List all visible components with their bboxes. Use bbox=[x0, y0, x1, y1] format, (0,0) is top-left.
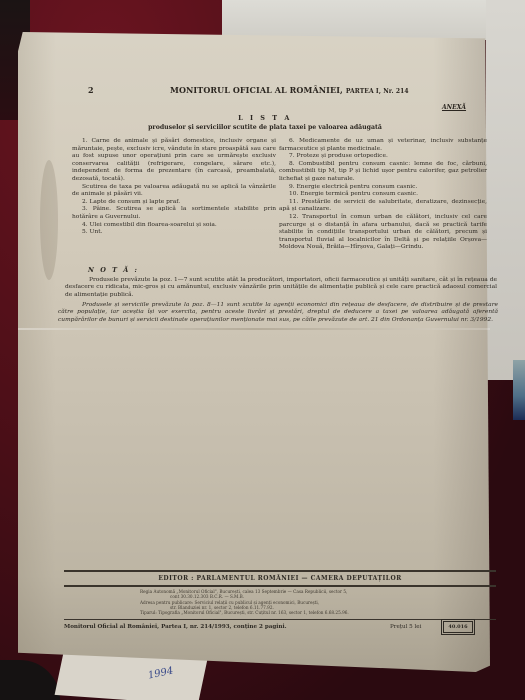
list-item: 10. Energie termică pentru consum casnic… bbox=[279, 191, 487, 199]
annex-label: ANEXĂ bbox=[442, 104, 466, 111]
background-photo-edge bbox=[513, 360, 525, 420]
issue-code-box: 40.016 bbox=[443, 621, 473, 633]
list-item: 4. Ulei comestibil din floarea-soarelui … bbox=[72, 222, 276, 230]
list-item: 5. Unt. bbox=[72, 229, 276, 237]
price: Prețul 5 lei bbox=[390, 624, 421, 630]
nota-heading: N O T Ă : bbox=[88, 266, 139, 274]
nota-paragraph-2-text: Produsele și serviciile prevăzute la poz… bbox=[58, 302, 498, 324]
imprint-line: Tiparul: Tipografia „Monitorul Oficial",… bbox=[140, 610, 370, 615]
footer-editor: EDITOR : PARLAMENTUL ROMÂNIEI — CAMERA D… bbox=[64, 575, 496, 582]
left-column: 1. Carne de animale și păsări domestice,… bbox=[72, 138, 276, 237]
list-item: 11. Prestările de servicii de salubritat… bbox=[279, 199, 487, 214]
list-item: 8. Combustibil pentru consum casnic: lem… bbox=[279, 161, 487, 184]
nota-paragraph-2: Produsele și serviciile prevăzute la poz… bbox=[58, 302, 498, 324]
list-item: 7. Proteze și produse ortopedice. bbox=[279, 153, 487, 161]
list-title: L I S T A bbox=[60, 114, 470, 122]
page-number: 2 bbox=[88, 85, 94, 95]
masthead: MONITORUL OFICIAL AL ROMÂNIEI, PARTEA I,… bbox=[170, 85, 450, 95]
masthead-title: MONITORUL OFICIAL AL ROMÂNIEI, bbox=[170, 85, 343, 95]
right-column: 6. Medicamente de uz uman și veterinar, … bbox=[279, 138, 487, 252]
list-item: 12. Transportul în comun urban de călăto… bbox=[279, 214, 487, 252]
nota-paragraph-1-text: Produsele prevăzute la poz. 1—7 sunt scu… bbox=[65, 277, 497, 299]
list-item: Scutirea de taxa pe valoarea adăugată nu… bbox=[72, 184, 276, 199]
background-white-paper bbox=[222, 0, 525, 40]
footer-rule-middle bbox=[64, 585, 496, 587]
masthead-part: PARTEA I, Nr. 214 bbox=[346, 88, 409, 95]
list-item: 3. Pâine. Scutirea se aplică la sortimen… bbox=[72, 206, 276, 221]
list-subtitle: produselor și serviciilor scutite de pla… bbox=[60, 124, 470, 131]
footer-imprint: Regia Autonomă „Monitorul Oficial", Bucu… bbox=[140, 589, 370, 615]
list-item: 6. Medicamente de uz uman și veterinar, … bbox=[279, 138, 487, 153]
paper-fold bbox=[18, 328, 490, 330]
paper-stain bbox=[40, 160, 58, 280]
footer-rule-top bbox=[64, 570, 496, 572]
publication-line: Monitorul Oficial al României, Partea I,… bbox=[64, 624, 287, 630]
list-item: 1. Carne de animale și păsări domestice,… bbox=[72, 138, 276, 184]
nota-paragraph-1: Produsele prevăzute la poz. 1—7 sunt scu… bbox=[65, 277, 497, 299]
footer-rule-bottom bbox=[64, 619, 496, 620]
